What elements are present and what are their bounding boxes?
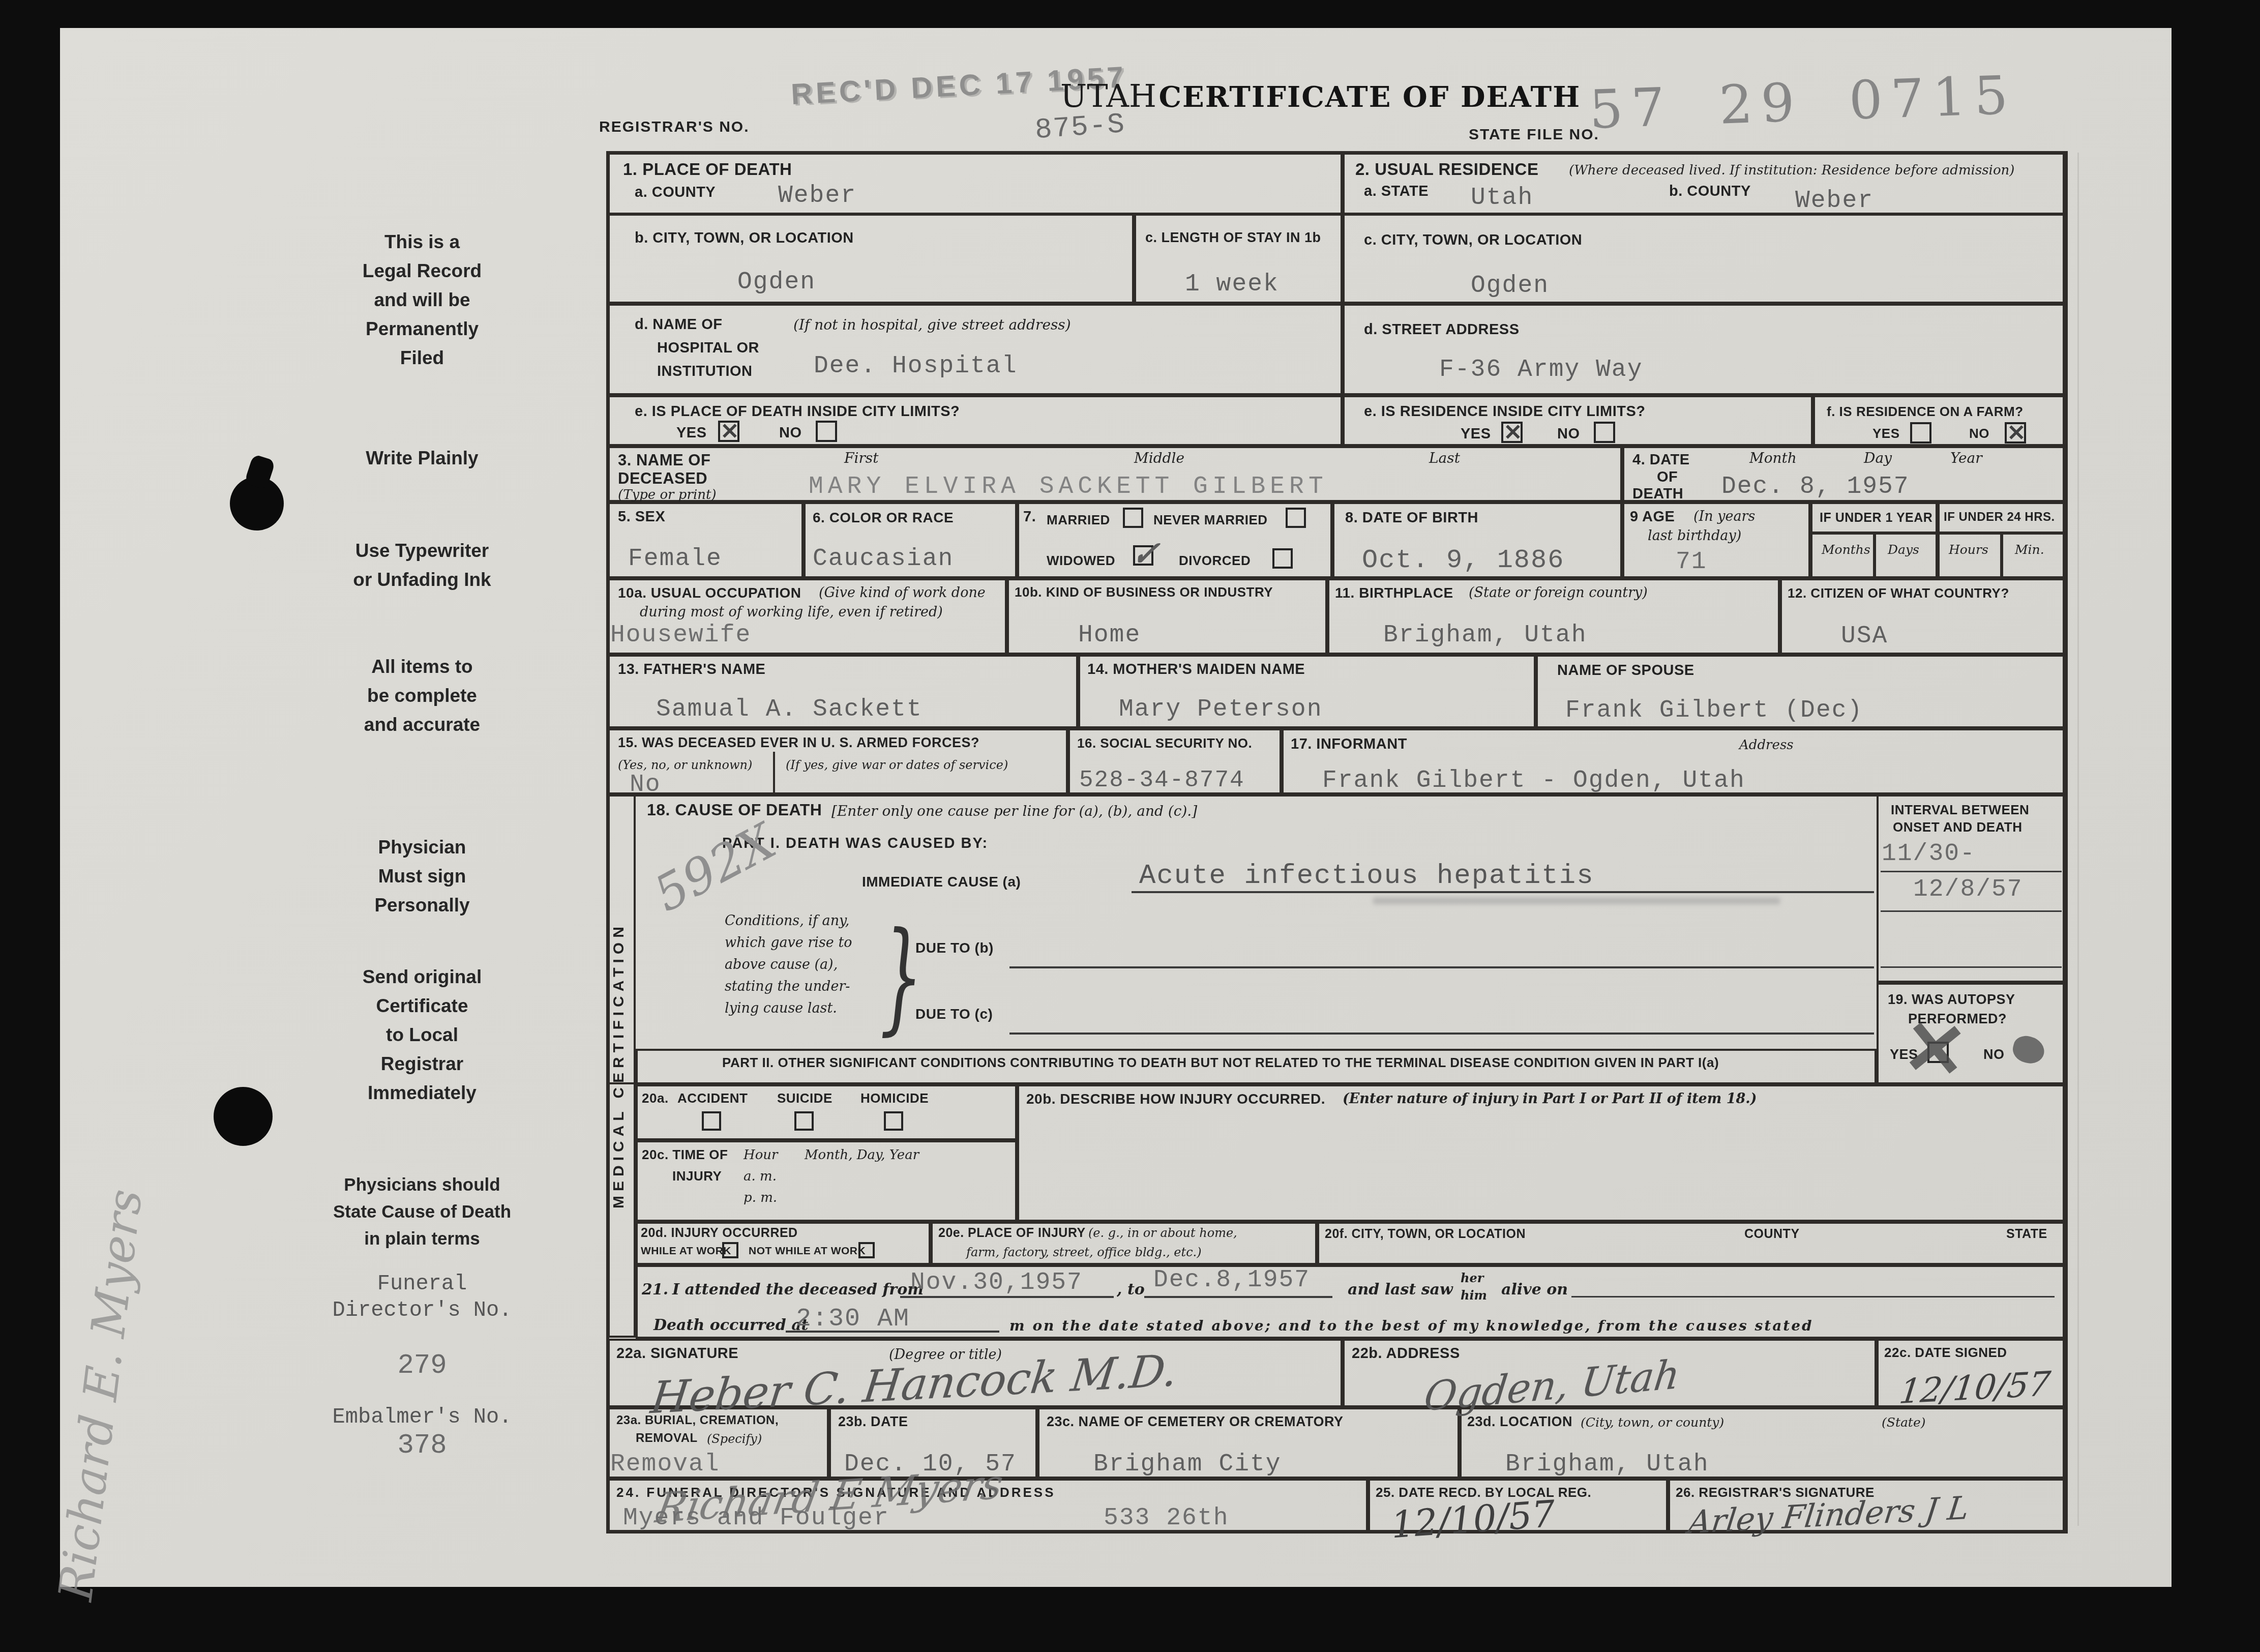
margin-note: This is a [285,231,559,253]
s14-label: 14. MOTHER'S MAIDEN NAME [1087,661,1305,677]
s20b-label: 20b. DESCRIBE HOW INJURY OCCURRED. [1026,1091,1325,1107]
s8-label: 8. DATE OF BIRTH [1345,510,1478,526]
spouse-label: NAME OF SPOUSE [1557,662,1694,678]
s21-from-value: Nov.30,1957 [910,1269,1083,1296]
s2e-yes-checkbox: ✕ [1501,422,1523,443]
funeral-director-no-label: Funeral [285,1272,559,1296]
s9-under24-label: IF UNDER 24 HRS. [1944,511,2055,524]
s7-label: 7. [1023,509,1036,525]
s23a-label: 23a. BURIAL, CREMATION, [616,1414,779,1428]
s18-conditions-note: lying cause last. [725,1000,837,1016]
pencil-smudge [1373,897,1780,904]
cause-c-line [1009,1032,1874,1035]
s2f-label: f. IS RESIDENCE ON A FARM? [1827,404,2024,419]
s15-label: 15. WAS DECEASED EVER IN U. S. ARMED FOR… [618,735,979,750]
s8-value: Oct. 9, 1886 [1362,545,1564,575]
s21-death-at-text: Death occurred at [653,1316,808,1334]
s2e-label: e. IS RESIDENCE INSIDE CITY LIMITS? [1364,403,1646,420]
s23a-label: REMOVAL [636,1432,698,1445]
s1a-label: a. COUNTY [635,184,716,200]
s20a-homicide-label: HOMICIDE [860,1091,929,1106]
margin-note: Legal Record [285,260,559,282]
s17-value: Frank Gilbert - Ogden, Utah [1322,767,1745,794]
s12-label: 12. CITIZEN OF WHAT COUNTRY? [1788,586,2009,601]
s20e-note: (e. g., in or about home, [1088,1226,1237,1240]
s2d-label: d. STREET ADDRESS [1364,321,1520,338]
s18-immediate-cause-label: IMMEDIATE CAUSE (a) [862,874,1021,890]
s2b-label: b. COUNTY [1669,183,1751,199]
s4-label: 4. DATE [1632,452,1690,468]
s21-him-text: him [1461,1288,1487,1303]
s20c-label: 20c. TIME OF [642,1147,728,1162]
margin-note: Must sign [285,866,559,887]
s11-value: Brigham, Utah [1383,622,1587,649]
s20d-atwork-label: WHILE AT WORK [641,1245,731,1257]
s1a-value: Weber [778,182,856,210]
s1e-no-label: NO [779,425,802,441]
s1b-value: Ogden [737,269,816,296]
s6-value: Caucasian [813,545,954,573]
s2c-value: Ogden [1471,272,1549,300]
s14-value: Mary Peterson [1119,696,1322,723]
s9-value: 71 [1676,548,1707,576]
s2e-no-checkbox [1594,422,1615,443]
s19-label: 19. WAS AUTOPSY [1888,992,2015,1007]
interval-line [1881,871,2062,872]
s19-no-label: NO [1983,1047,2005,1062]
s2f-yes-checkbox [1910,422,1931,444]
margin-note: in plain terms [285,1229,559,1249]
s7-widowed-label: WIDOWED [1047,553,1115,568]
s7-never-married-checkbox [1286,508,1306,528]
margin-note: Send original [285,966,559,988]
interval-line [1881,910,2062,912]
s18-bracket-note: [Enter only one cause per line for (a), … [831,803,1197,819]
margin-note: and accurate [285,714,559,735]
s18-brace: } [880,906,923,1047]
s21-rest-text: m on the date stated above; and to the b… [1009,1317,1813,1334]
s18-cause-a-value: Acute infectious hepatitis [1139,861,1594,892]
s18-conditions-note: above cause (a), [725,957,838,972]
interval-line [1881,966,2062,968]
s23d-label: 23d. LOCATION [1467,1414,1572,1429]
s3-value: MARY ELVIRA SACKETT GILBERT [809,473,1328,500]
s10a-note: during most of working life, even if ret… [640,604,943,620]
margin-note: Immediately [285,1082,559,1104]
s2b-value: Weber [1795,187,1874,215]
s20f-state-label: STATE [2006,1227,2047,1241]
paper-crease [2077,153,2079,1526]
margin-note: Use Typewriter [285,540,559,562]
interval-label: ONSET AND DEATH [1893,820,2023,835]
margin-note: Filed [285,347,559,369]
s9-note: last birthday) [1648,528,1741,544]
s23d-note: (City, town, or county) [1581,1415,1724,1430]
s18-conditions-note: Conditions, if any, [725,913,849,929]
state-file-label: STATE FILE NO. [1469,126,1599,143]
margin-note: Personally [285,895,559,916]
s10a-value: Housewife [610,622,751,649]
punch-hole [214,1087,273,1146]
s20a-suicide-label: SUICIDE [777,1091,832,1106]
s15-note1: (Yes, no, or unknown) [618,758,752,772]
s7-widowed-checkbox: ✓ [1133,545,1153,566]
s19-yes-mark: ✕ [1899,1008,1971,1090]
s5-label: 5. SEX [618,509,665,525]
margin-note: or Unfading Ink [285,569,559,591]
s21-time-value: 2:30 AM [796,1305,910,1334]
s7-married-checkbox [1123,508,1143,528]
margin-note: Permanently [285,318,559,340]
s20c-am-label: a. m. [744,1169,777,1184]
s20d-notatwork-checkbox [858,1242,875,1258]
s20e-label: 20e. PLACE OF INJURY [938,1226,1086,1240]
s4-month-label: Month [1749,450,1797,466]
s7-divorced-checkbox [1272,548,1293,569]
margin-note: be complete [285,685,559,706]
cell-2c [1343,214,2065,304]
s22a-label: 22a. SIGNATURE [616,1345,738,1362]
s20c-pm-label: p. m. [744,1190,777,1205]
title-main: CERTIFICATE OF DEATH [1159,80,1581,114]
s20b-note: (Enter nature of injury in Part I or Par… [1343,1091,1757,1107]
s1e-yes-mark: ✕ [718,419,741,445]
s16-value: 528-34-8774 [1079,767,1245,793]
s15-value: No [630,771,661,799]
margin-note: Certificate [285,995,559,1017]
cause-b-line [1009,966,1874,968]
funeral-director-no-value: 279 [285,1350,559,1381]
s18-part2-label: PART II. OTHER SIGNIFICANT CONDITIONS CO… [722,1055,1719,1070]
s20a-label: 20a. [642,1091,669,1106]
s21-to-value: Dec.8,1957 [1153,1266,1310,1294]
margin-note: Write Plainly [285,448,559,469]
page-title: UTAH CERTIFICATE OF DEATH [1060,77,1581,114]
s1d-label: INSTITUTION [657,363,753,379]
cell-1b [608,214,1134,304]
s10b-value: Home [1078,622,1141,649]
s1c-value: 1 week [1185,271,1279,298]
s23c-label: 23c. NAME OF CEMETERY OR CREMATORY [1047,1414,1344,1429]
s18-due-c-label: DUE TO (c) [915,1006,993,1022]
s21-lastsaw-text: and last saw [1348,1281,1453,1299]
s9-months-label: Months [1822,542,1870,557]
margin-note: Registrar [285,1053,559,1075]
s21-time-line [786,1331,999,1333]
s2e-yes-label: YES [1461,426,1491,442]
s10b-label: 10b. KIND OF BUSINESS OR INDUSTRY [1015,585,1273,600]
margin-note: Physicians should [285,1175,559,1195]
s13-label: 13. FATHER'S NAME [618,661,765,677]
s7-divorced-label: DIVORCED [1179,553,1251,568]
s1e-yes-label: YES [676,425,707,441]
s4-label: OF [1657,469,1678,485]
s4-year-label: Year [1950,450,1982,466]
s21-to-text: , to [1117,1281,1145,1299]
s20a-homicide-checkbox [884,1111,903,1131]
s7-never-married-label: NEVER MARRIED [1153,513,1268,527]
s1c-label: c. LENGTH OF STAY IN 1b [1145,230,1321,245]
spouse-value: Frank Gilbert (Dec) [1565,697,1863,724]
cause-a-line [1132,891,1874,893]
s2e-yes-mark: ✕ [1501,420,1525,446]
s3-first-label: First [844,450,878,466]
s20d-notatwork-label: NOT WHILE AT WORK [749,1245,866,1257]
s3-note: (Type or print) [618,487,717,503]
s20f-county-label: COUNTY [1744,1227,1800,1241]
s18-conditions-note: which gave rise to [725,935,852,951]
s21-her-text: her [1461,1271,1483,1285]
s2-title-note: (Where deceased lived. If institution: R… [1569,163,2014,178]
funeral-director-no-label: Director's No. [285,1298,559,1322]
s1d-note: (If not in hospital, give street address… [793,316,1071,333]
s23b-label: 23b. DATE [838,1414,908,1429]
s22c-date-value: 12/10/57 [1897,1364,2053,1411]
s21-alive-line [1571,1296,2055,1297]
s7-married-label: MARRIED [1047,513,1110,527]
s20a-accident-label: ACCIDENT [677,1091,748,1106]
s22c-label: 22c. DATE SIGNED [1884,1345,2007,1360]
s2d-value: F-36 Army Way [1439,356,1643,383]
s20d-atwork-checkbox [722,1242,738,1258]
s10a-label: 10a. USUAL OCCUPATION [618,585,801,601]
s11-label: 11. BIRTHPLACE [1335,585,1453,601]
s21-alive-text: alive on [1501,1281,1568,1299]
s11-note: (State or foreign country) [1469,585,1648,601]
s3-middle-label: Middle [1134,450,1184,466]
s17-label: 17. INFORMANT [1291,736,1407,752]
s20a-suicide-checkbox [794,1111,814,1131]
interval-value-1: 11/30- [1882,840,1976,868]
registrar-no-label: REGISTRAR'S NO. [599,119,750,136]
s17-address-label: Address [1739,737,1794,753]
s9-note: (In years [1693,509,1755,524]
s2f-yes-label: YES [1872,426,1900,441]
s9-label: 9 AGE [1630,509,1675,525]
margin-note: and will be [285,289,559,311]
s2e-no-label: NO [1557,426,1580,442]
s3-last-label: Last [1429,450,1460,466]
s23d-state-note: (State) [1882,1415,1925,1430]
s23a-note: (Specify) [707,1432,762,1446]
s1d-label: HOSPITAL OR [657,340,759,356]
s23d-value: Brigham, Utah [1505,1451,1709,1478]
s24-typed-address: 533 26th [1104,1504,1229,1532]
s20a-accident-checkbox [702,1111,721,1131]
s20c-mdy-label: Month, Day, Year [805,1147,919,1163]
s2f-no-checkbox: ✕ [2005,422,2026,444]
s2f-no-mark: ✕ [2005,420,2028,446]
s9-under1-label: IF UNDER 1 YEAR [1820,511,1932,525]
s2f-no-label: NO [1969,426,1989,441]
s9-min-label: Min. [2015,542,2044,557]
s9-hours-label: Hours [1949,542,1988,557]
s16-label: 16. SOCIAL SECURITY NO. [1077,736,1252,751]
s18-label: 18. CAUSE OF DEATH [647,801,822,819]
margin-note: to Local [285,1024,559,1046]
s1d-value: Dee. Hospital [814,352,1017,380]
s22b-label: 22b. ADDRESS [1352,1345,1460,1362]
title-state: UTAH [1060,77,1156,114]
s13-value: Samual A. Sackett [656,696,923,723]
embalmer-no-value: 378 [285,1430,559,1461]
interval-value-2: 12/8/57 [1913,876,2023,903]
s1d-label: d. NAME OF [635,316,723,333]
s21-attended-text: I attended the deceased from [672,1281,924,1299]
s18-conditions-note: stating the under- [725,979,850,994]
s21-number: 21. [642,1281,668,1299]
s1e-label: e. IS PLACE OF DEATH INSIDE CITY LIMITS? [635,403,960,420]
s2-title: 2. USUAL RESIDENCE [1355,160,1538,179]
s15-note2: (If yes, give war or dates of service) [786,758,1008,772]
s4-value: Dec. 8, 1957 [1721,473,1910,500]
margin-note: Physician [285,837,559,858]
s12-value: USA [1841,623,1888,650]
s20e-note: farm, factory, street, office bldg., etc… [966,1245,1202,1259]
s20d-label: 20d. INJURY OCCURRED [641,1226,798,1240]
s20f-label: 20f. CITY, TOWN, OR LOCATION [1325,1227,1526,1241]
s6-label: 6. COLOR OR RACE [813,510,954,525]
s4-label: DEATH [1632,486,1683,502]
margin-note: State Cause of Death [285,1202,559,1222]
embalmer-no-label: Embalmer's No. [285,1405,559,1429]
s1-title: 1. PLACE OF DEATH [623,160,792,179]
s23c-value: Brigham City [1093,1451,1282,1478]
s20c-hour-label: Hour [744,1147,778,1163]
s15-divider [773,752,775,794]
s10a-note: (Give kind of work done [819,585,986,601]
s2a-value: Utah [1471,184,1533,212]
medical-certification-vertical-label: MEDICAL CERTIFICATION [610,804,634,1327]
s20c-label: INJURY [672,1169,722,1184]
s1b-label: b. CITY, TOWN, OR LOCATION [635,230,854,246]
s23a-value: Removal [610,1451,720,1478]
s7-widowed-mark: ✓ [1129,535,1157,574]
s9-days-label: Days [1888,542,1919,557]
s1e-no-checkbox [816,421,837,442]
margin-note: All items to [285,656,559,677]
s3-label: DECEASED [618,470,707,488]
s3-label: 3. NAME OF [618,452,710,469]
s5-value: Female [628,545,722,573]
s21-to-line [1144,1296,1332,1298]
s21-from-line [900,1296,1114,1298]
s1e-yes-checkbox: ✕ [718,421,739,442]
s2a-label: a. STATE [1364,183,1429,199]
s4-day-label: Day [1864,450,1892,466]
s18-due-b-label: DUE TO (b) [915,940,994,956]
interval-label: INTERVAL BETWEEN [1891,803,2029,817]
scanned-death-certificate: REC'D DEC 17 1957 REGISTRAR'S NO. 875-S … [0,0,2260,1652]
s2c-label: c. CITY, TOWN, OR LOCATION [1364,232,1582,248]
